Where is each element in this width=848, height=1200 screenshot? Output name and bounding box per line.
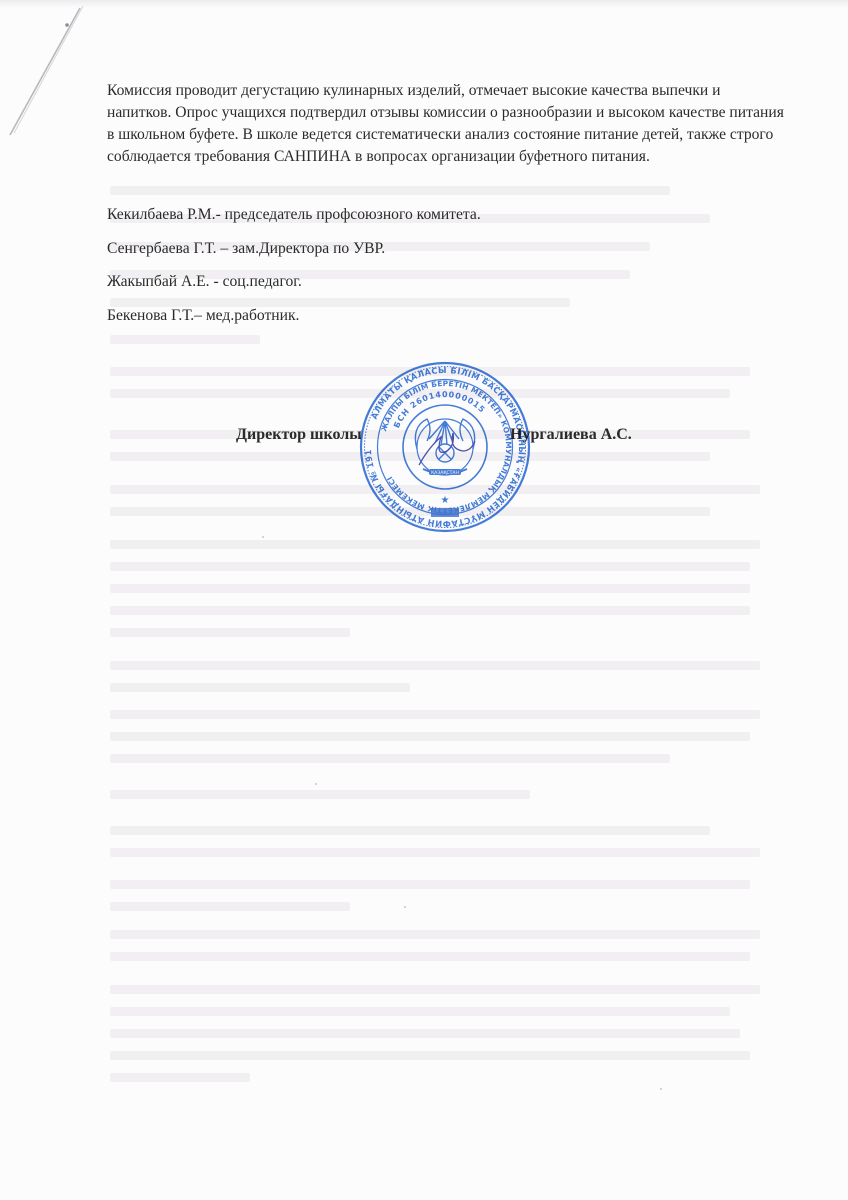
main-paragraph: Комиссия проводит дегустацию кулинарных … bbox=[107, 80, 787, 168]
commission-members-list: Кекилбаева Р.М.- председатель профсоюзно… bbox=[107, 200, 707, 334]
commission-member: Сенгербаева Г.Т. – зам.Директора по УВР. bbox=[107, 234, 707, 264]
star-icon: ★ bbox=[441, 495, 450, 506]
commission-member: Кекилбаева Р.М.- председатель профсоюзно… bbox=[107, 200, 707, 230]
commission-member: Жакыпбай А.Е. - соц.педагог. bbox=[107, 267, 707, 297]
stamp-emblem-label: ҚАЗАҚСТАН bbox=[431, 470, 459, 476]
official-round-stamp: АЛМАТЫ ҚАЛАСЫ БІЛІМ БАСҚАРМАСЫНЫҢ «ҒАБИД… bbox=[359, 361, 531, 533]
commission-member: Бекенова Г.Т.– мед.работник. bbox=[107, 301, 707, 331]
signatory-title: Директор школы bbox=[236, 426, 362, 444]
stamp-seal-mark bbox=[431, 508, 459, 517]
reverse-side-bleed-through bbox=[0, 0, 848, 1200]
